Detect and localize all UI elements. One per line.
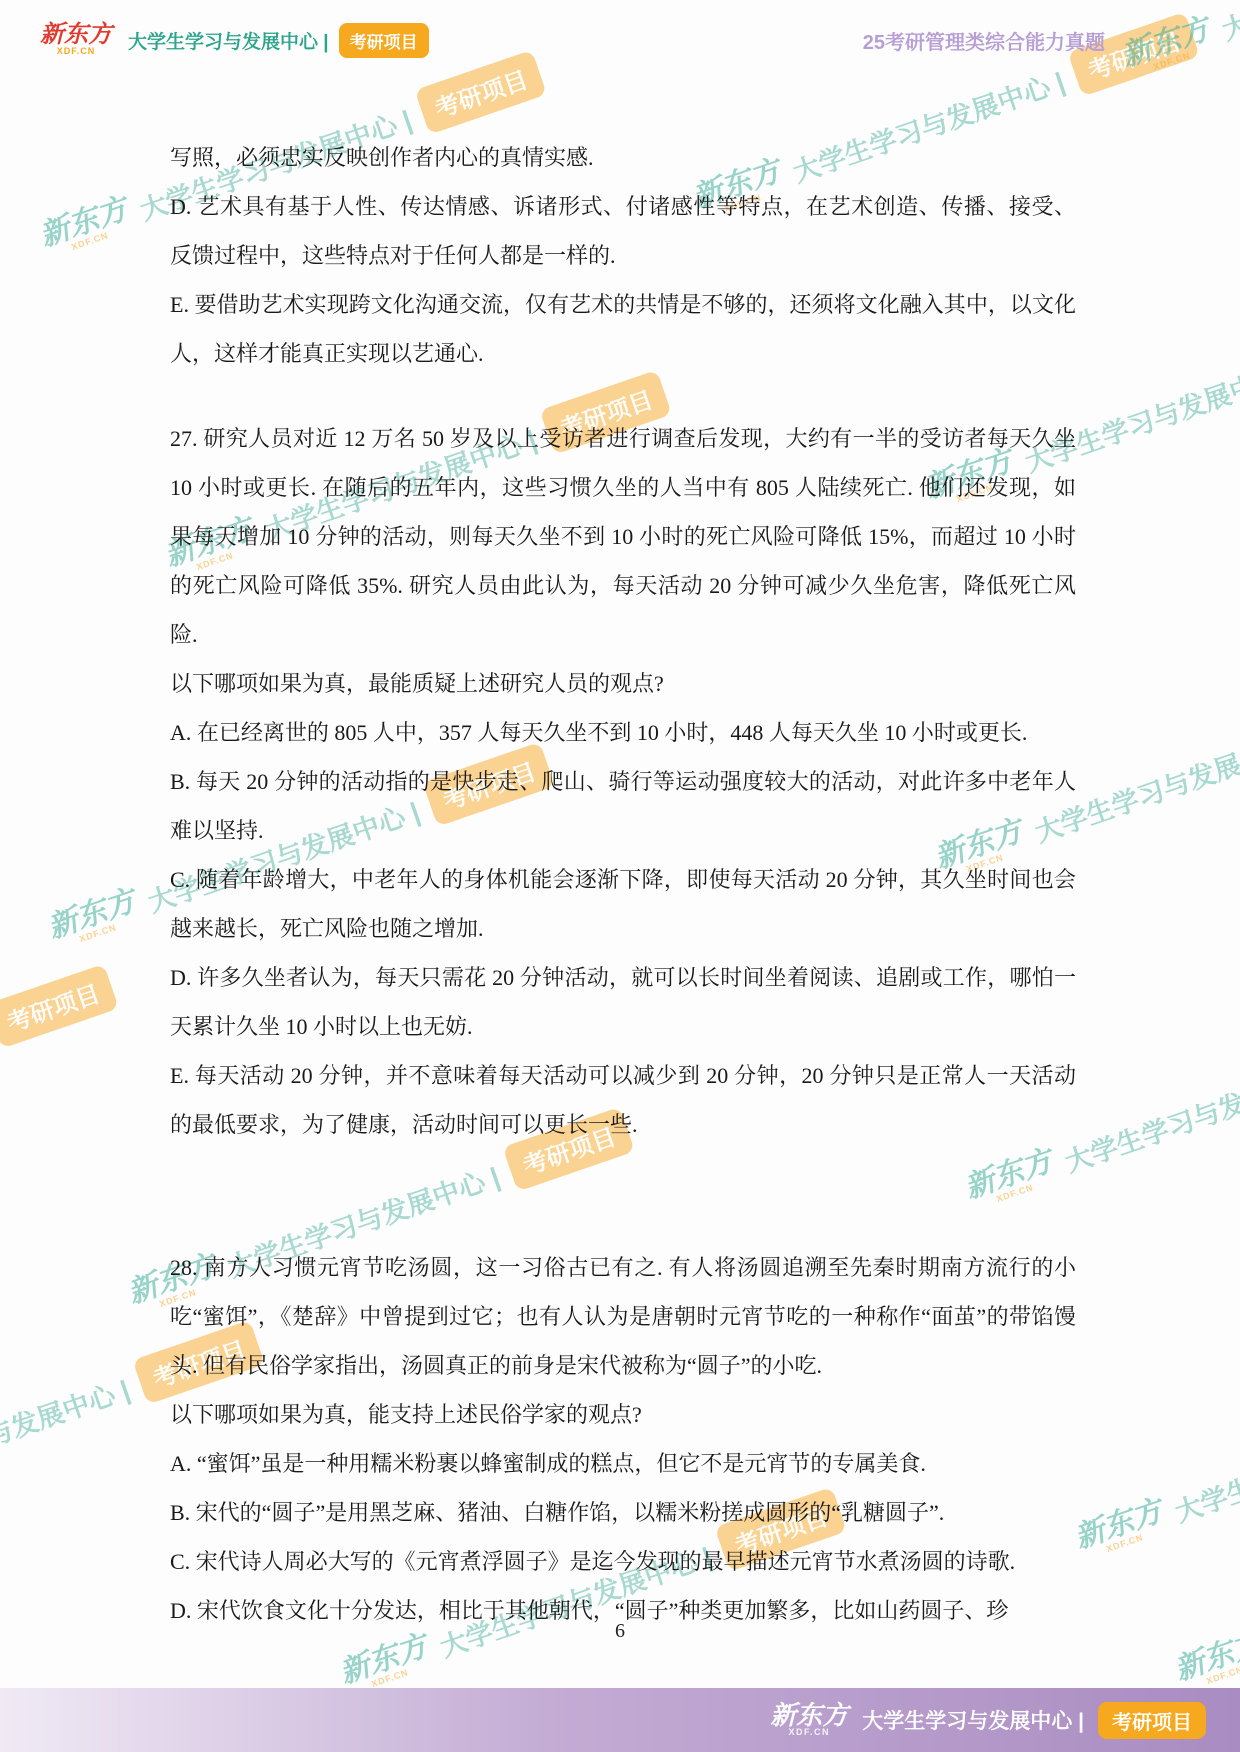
xdf-logo-text: 新东方 — [40, 24, 112, 47]
document-body: 写照，必须忠实反映创作者内心的真情实感. D. 艺术具有基于人性、传达情感、诉诸… — [170, 133, 1076, 1635]
exam-title: 25考研管理类综合能力真题 — [863, 26, 1105, 55]
xdf-logo-watermark: 新东方XDF.CN — [1072, 1498, 1169, 1562]
xdf-logo-subtext: XDF.CN — [57, 47, 96, 56]
header-kaoyan-badge: 考研项目 — [339, 23, 429, 58]
footer-kaoyan-badge: 考研项目 — [1098, 1702, 1206, 1739]
watermark-text: 大学生学习与发展中心 | — [0, 1368, 134, 1498]
xdf-logo-footer-text: 新东方 — [770, 1703, 848, 1728]
watermark-text: 大学生学习与发展中心 | — [1059, 1050, 1240, 1180]
page-header: 新东方 XDF.CN 大学生学习与发展中心 | 考研项目 25考研管理类综合能力… — [0, 0, 1240, 80]
question-27-option-d: D. 许多久坐者认为，每天只需花 20 分钟活动，就可以长时间坐着阅读、追剧或工… — [170, 953, 1076, 1051]
watermark: 新东方XDF.CN 大学生学习与发展中心 | 考研项目 — [0, 977, 68, 1183]
question-28-prompt: 以下哪项如果为真，能支持上述民俗学家的观点? — [170, 1390, 1076, 1439]
question-28-option-c: C. 宋代诗人周必大写的《元宵煮浮圆子》是迄今发现的最早描述元宵节水煮汤圆的诗歌… — [170, 1537, 1076, 1586]
question-28-option-b: B. 宋代的“圆子”是用黑芝麻、猪油、白糖作馅，以糯米粉搓成圆形的“乳糖圆子”. — [170, 1488, 1076, 1537]
xdf-logo-watermark: 新东方XDF.CN — [45, 888, 142, 952]
footer-center-label: 大学生学习与发展中心 | — [862, 1705, 1084, 1735]
question-28-option-a: A. “蜜饵”虽是一种用糯米粉裹以蜂蜜制成的糕点，但它不是元宵节的专属美食. — [170, 1439, 1076, 1488]
watermark-text: 大学生学习与发展中心 | — [1169, 1400, 1240, 1530]
question-27-option-a: A. 在已经离世的 805 人中，357 人每天久坐不到 10 小时，448 人… — [170, 708, 1076, 757]
exam-page: 新东方XDF.CN 大学生学习与发展中心 | 考研项目 新东方XDF.CN 大学… — [0, 0, 1240, 1752]
paragraph-q26-option-c-tail: 写照，必须忠实反映创作者内心的真情实感. — [170, 133, 1076, 182]
xdf-logo-watermark: 新东方XDF.CN — [37, 196, 134, 260]
watermark: 新东方XDF.CN 大学生学习与发展中心 | 考研项目 — [1169, 1497, 1240, 1703]
question-28-stem: 28. 南方人习惯元宵节吃汤圆，这一习俗古已有之. 有人将汤圆追溯至先秦时期南方… — [170, 1243, 1076, 1390]
xdf-logo: 新东方 XDF.CN — [40, 24, 112, 55]
paragraph-q26-option-d: D. 艺术具有基于人性、传达情感、诉诸形式、付诸感性等特点，在艺术创造、传播、接… — [170, 182, 1076, 280]
page-number: 6 — [0, 1620, 1240, 1643]
page-footer: 新东方 XDF.CN 大学生学习与发展中心 | 考研项目 — [0, 1688, 1240, 1752]
question-27-stem: 27. 研究人员对近 12 万名 50 岁及以上受访者进行调查后发现，大约有一半… — [170, 414, 1076, 659]
watermark-badge: 考研项目 — [0, 963, 119, 1048]
xdf-logo-footer-subtext: XDF.CN — [789, 1728, 831, 1737]
header-center-label: 大学生学习与发展中心 | — [128, 27, 329, 54]
question-27-option-e: E. 每天活动 20 分钟，并不意味着每天活动可以减少到 20 分钟，20 分钟… — [170, 1051, 1076, 1149]
question-27-option-c: C. 随着年龄增大，中老年人的身体机能会逐渐下降，即使每天活动 20 分钟，其久… — [170, 855, 1076, 953]
question-27-prompt: 以下哪项如果为真，最能质疑上述研究人员的观点? — [170, 659, 1076, 708]
paragraph-q26-option-e: E. 要借助艺术实现跨文化沟通交流，仅有艺术的共情是不够的，还须将文化融入其中，… — [170, 280, 1076, 378]
question-27-option-b: B. 每天 20 分钟的活动指的是快步走、爬山、骑行等运动强度较大的活动，对此许… — [170, 757, 1076, 855]
xdf-logo-footer: 新东方 XDF.CN — [770, 1703, 848, 1736]
watermark: 新东方XDF.CN 大学生学习与发展中心 | 考研项目 — [1069, 1365, 1240, 1571]
